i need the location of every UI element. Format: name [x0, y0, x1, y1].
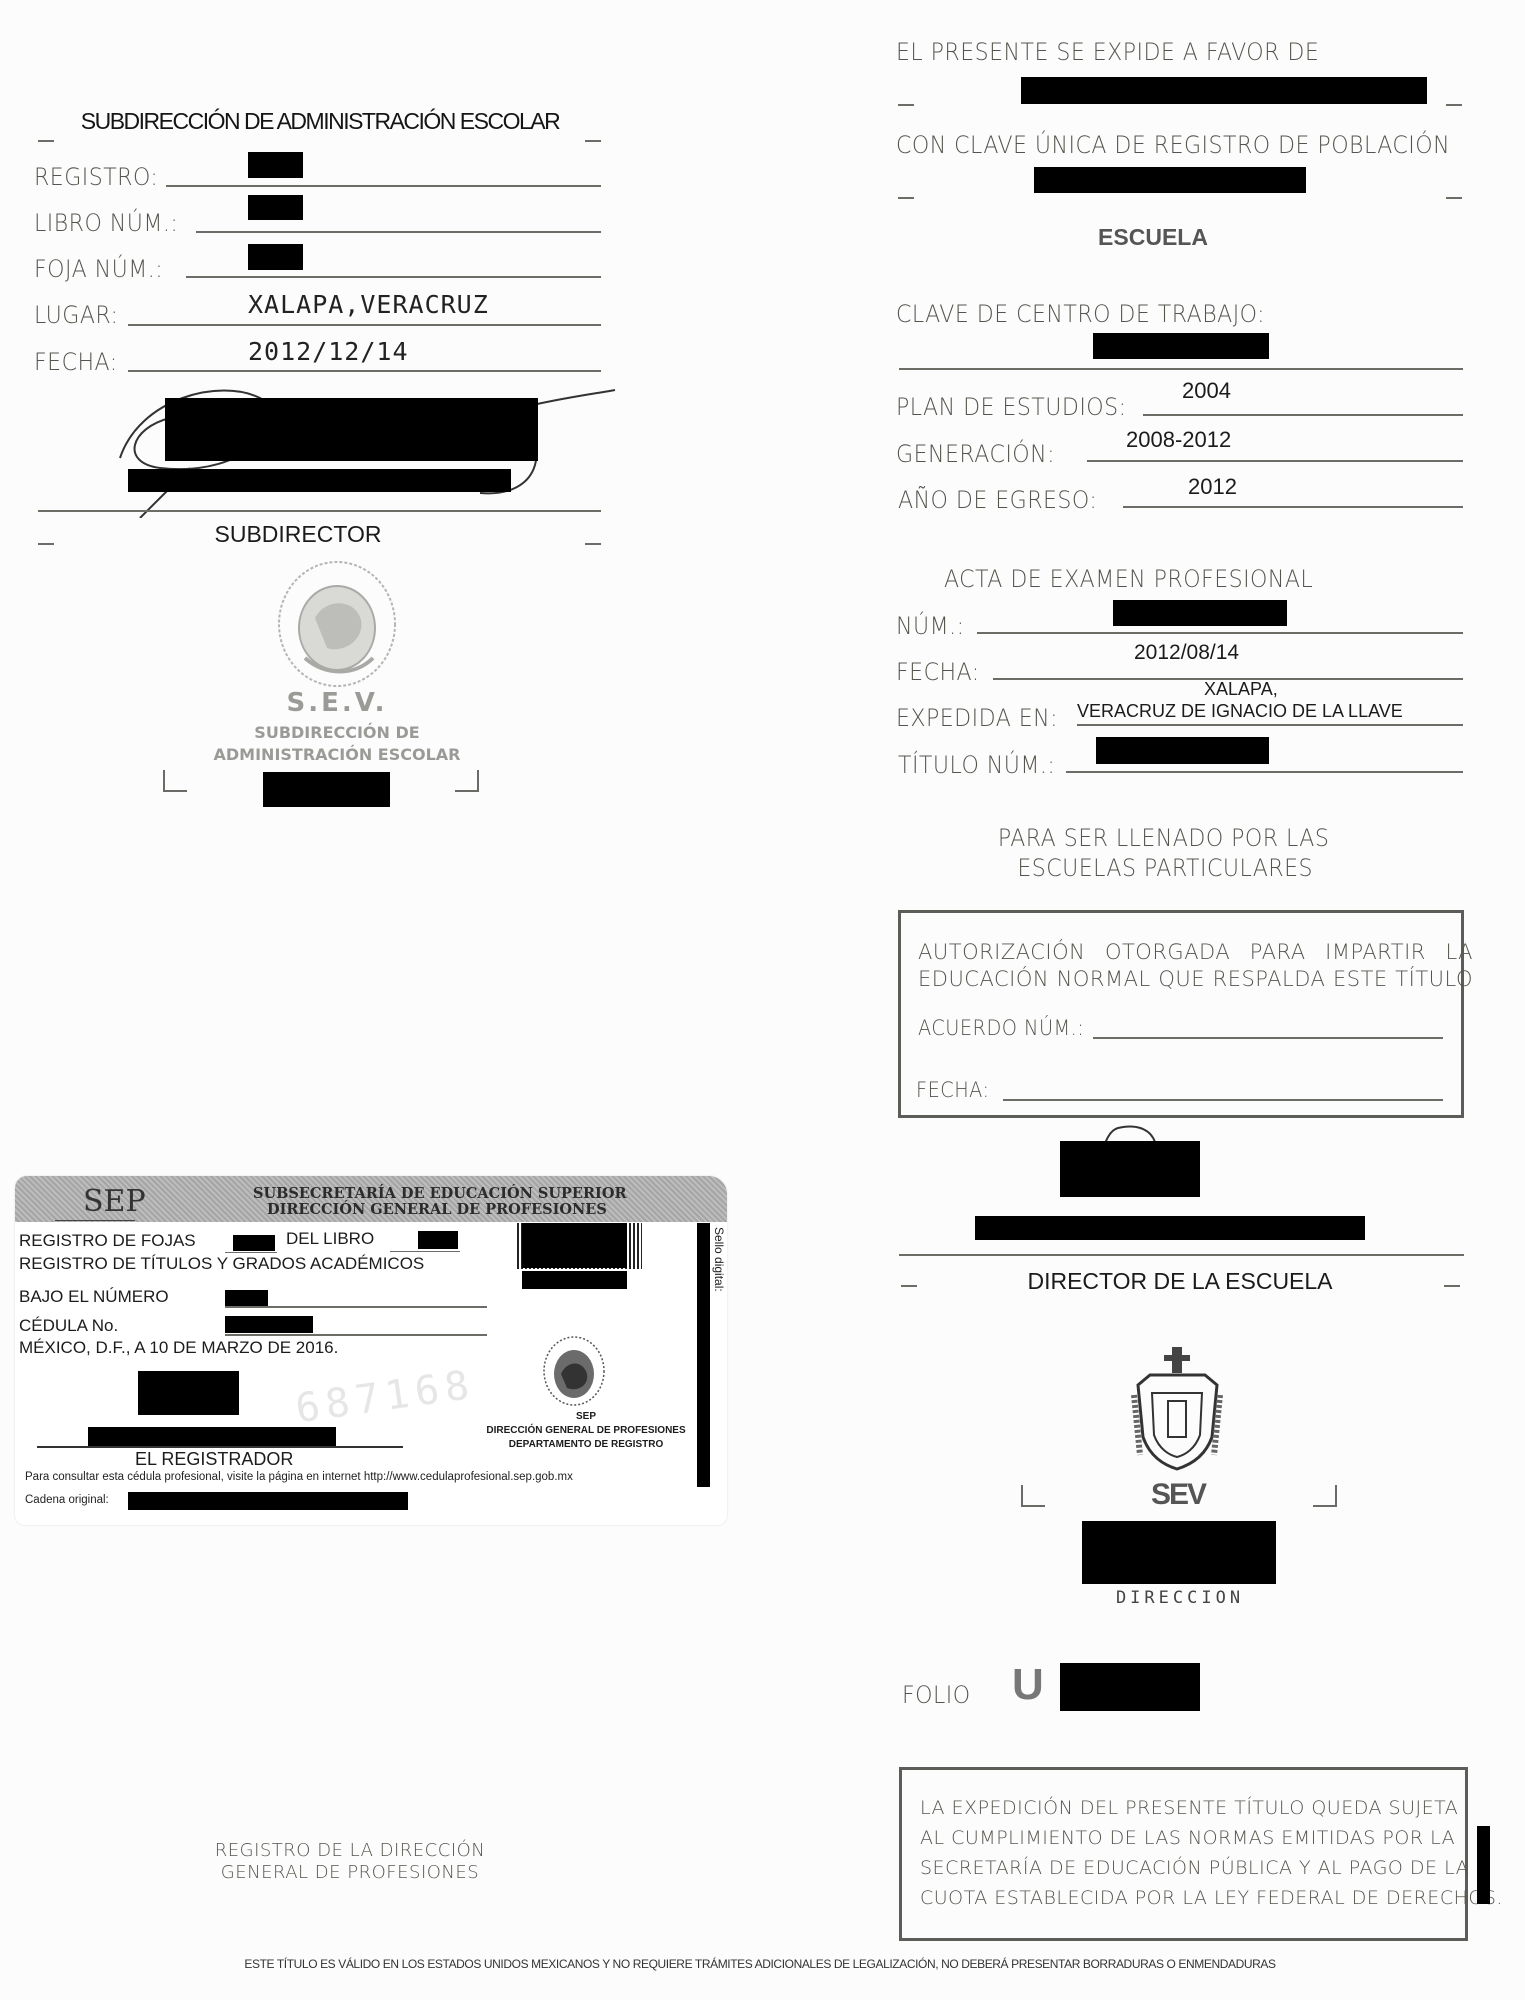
generacion-value: 2008-2012	[1126, 427, 1231, 453]
generacion-label: GENERACIÓN:	[896, 440, 1055, 468]
folio-label: FOLIO	[902, 1681, 971, 1709]
libro-line	[196, 231, 601, 233]
school-heading: ESCUELA	[1098, 224, 1208, 251]
libro-label: LIBRO NÚM.:	[34, 209, 178, 237]
dash-mark	[898, 104, 914, 106]
authorization-fecha-label: FECHA:	[916, 1078, 989, 1102]
foja-line	[186, 276, 601, 278]
sev-stamp-acronym-right: SEV	[1151, 1478, 1205, 1512]
mexican-coat-of-arms-seal-icon	[265, 558, 410, 690]
plan-line	[1143, 414, 1463, 416]
generacion-line	[1087, 460, 1463, 462]
libro-line-sep	[390, 1251, 460, 1252]
authorization-text-line2: EDUCACIÓN NORMAL QUE RESPALDA ESTE TÍTUL…	[918, 967, 1473, 991]
issued-to-label: EL PRESENTE SE EXPIDE A FAVOR DE	[896, 38, 1319, 66]
registrar-signature-redaction	[138, 1371, 239, 1415]
authorization-box: AUTORIZACIÓN OTORGADA PARA IMPARTIR LA E…	[898, 910, 1464, 1118]
expedida-label: EXPEDIDA EN:	[896, 704, 1058, 732]
margin-redaction	[1477, 1826, 1490, 1904]
seal-caption-dgp: DIRECCIÓN GENERAL DE PROFESIONES	[486, 1425, 685, 1436]
corner-mark	[163, 770, 187, 792]
dash-mark	[901, 1285, 917, 1287]
dash-mark	[585, 140, 601, 142]
sep-cedula-card: SEP SUBSECRETARÍA DE EDUCACIÓN SUPERIOR …	[15, 1176, 727, 1525]
titulo-line	[1066, 771, 1463, 773]
exam-fecha-label: FECHA:	[896, 658, 980, 686]
cedula-line	[225, 1334, 487, 1336]
sep-coat-of-arms-icon	[539, 1334, 609, 1409]
registro-titulos-text: REGISTRO DE TÍTULOS Y GRADOS ACADÉMICOS	[19, 1254, 424, 1274]
fojas-redaction	[233, 1235, 275, 1251]
dgp-registry-caption-line1: REGISTRO DE LA DIRECCIÓN	[215, 1840, 486, 1861]
libro-redaction-sep	[418, 1231, 458, 1249]
del-libro-label: DEL LIBRO	[286, 1229, 374, 1249]
sep-header-line2: DIRECCIÓN GENERAL DE PROFESIONES	[267, 1201, 607, 1218]
place-date: MÉXICO, D.F., A 10 DE MARZO DE 2016.	[19, 1338, 338, 1358]
fojas-line	[225, 1252, 277, 1253]
egreso-line	[1123, 506, 1463, 508]
cedula-redaction	[225, 1316, 313, 1333]
notice-line-3: SECRETARÍA DE EDUCACIÓN PÚBLICA Y AL PAG…	[920, 1857, 1447, 1879]
notice-line-2: AL CUMPLIMIENTO DE LAS NORMAS EMITIDAS P…	[920, 1827, 1447, 1849]
expedida-line	[1077, 724, 1463, 726]
registro-label: REGISTRO:	[34, 163, 158, 191]
egreso-value: 2012	[1188, 474, 1237, 500]
exam-num-label: NÚM.:	[896, 612, 964, 640]
private-schools-heading-line1: PARA SER LLENADO POR LAS	[998, 824, 1330, 852]
fecha-label: FECHA:	[34, 348, 118, 376]
bajo-numero-label: BAJO EL NÚMERO	[19, 1287, 169, 1307]
private-schools-heading-line2: ESCUELAS PARTICULARES	[1017, 854, 1313, 882]
bajo-numero-line	[225, 1306, 487, 1308]
sev-stamp-acronym: S.E.V.	[287, 688, 388, 718]
exam-heading: ACTA DE EXAMEN PROFESIONAL	[944, 565, 1313, 593]
barcode-number-redaction	[522, 1271, 627, 1289]
direccion-caption: DIRECCION	[1116, 1588, 1244, 1608]
barcode-redaction	[522, 1223, 627, 1268]
folio-prefix: U	[1012, 1660, 1044, 1710]
work-center-redaction	[1093, 333, 1269, 359]
veracruz-coat-of-arms-icon	[1130, 1345, 1225, 1473]
seal-caption-sep: SEP	[576, 1411, 596, 1422]
foja-redaction	[248, 244, 303, 270]
director-signature-line	[899, 1254, 1464, 1256]
registro-redaction	[248, 152, 303, 178]
cedula-label: CÉDULA No.	[19, 1316, 118, 1336]
subdirector-name-redaction	[128, 469, 511, 492]
subdirector-title: SUBDIRECTOR	[215, 521, 382, 548]
lugar-value: XALAPA,VERACRUZ	[248, 290, 489, 319]
lugar-label: LUGAR:	[34, 301, 118, 329]
sev-stamp-line2: ADMINISTRACIÓN ESCOLAR	[214, 745, 461, 764]
subdireccion-heading: SUBDIRECCIÓN DE ADMINISTRACIÓN ESCOLAR	[81, 108, 559, 135]
registrar-name-redaction	[88, 1427, 336, 1447]
dgp-registry-caption-line2: GENERAL DE PROFESIONES	[221, 1862, 479, 1883]
cadena-label: Cadena original:	[25, 1494, 109, 1506]
seal-caption-dept: DEPARTAMENTO DE REGISTRO	[509, 1439, 663, 1450]
dash-mark	[1446, 104, 1462, 106]
corner-mark	[455, 770, 479, 792]
plan-label: PLAN DE ESTUDIOS:	[896, 393, 1127, 421]
director-stamp-redaction	[1082, 1521, 1276, 1584]
titulo-label: TÍTULO NÚM.:	[898, 751, 1055, 779]
recipient-name-redaction	[1021, 77, 1427, 104]
acuerdo-label: ACUERDO NÚM.:	[918, 1016, 1084, 1040]
lugar-line	[128, 324, 601, 326]
watermark-number: 687168	[293, 1362, 478, 1433]
sello-digital-label: Sello digital:	[712, 1227, 726, 1292]
registrar-line	[37, 1446, 403, 1448]
dash-mark	[1444, 1285, 1460, 1287]
exam-num-redaction	[1113, 600, 1287, 626]
dash-mark	[585, 543, 601, 545]
registro-fojas-label: REGISTRO DE FOJAS	[19, 1231, 196, 1251]
notice-box: LA EXPEDICIÓN DEL PRESENTE TÍTULO QUEDA …	[899, 1767, 1468, 1941]
sep-logo-underline	[55, 1220, 135, 1221]
foja-label: FOJA NÚM.:	[34, 255, 163, 283]
work-center-label: CLAVE DE CENTRO DE TRABAJO:	[896, 300, 1265, 328]
exam-num-line	[977, 632, 1463, 634]
sep-logo: SEP	[83, 1184, 146, 1219]
registro-line	[166, 185, 601, 187]
fecha-line	[128, 370, 601, 372]
folio-number-redaction	[1060, 1663, 1200, 1711]
expedida-value-line1: XALAPA,	[1204, 679, 1278, 700]
dash-mark	[898, 197, 914, 199]
cadena-redaction	[128, 1492, 408, 1510]
consult-text: Para consultar esta cédula profesional, …	[25, 1471, 573, 1483]
titulo-redaction	[1096, 737, 1269, 764]
corner-mark	[1313, 1485, 1337, 1507]
director-title: DIRECTOR DE LA ESCUELA	[1027, 1268, 1332, 1295]
work-center-line	[899, 368, 1463, 370]
registrar-title: EL REGISTRADOR	[135, 1449, 293, 1470]
stamp-signature-redaction	[263, 772, 390, 807]
curp-label: CON CLAVE ÚNICA DE REGISTRO DE POBLACIÓN	[896, 131, 1450, 159]
authorization-text-line1: AUTORIZACIÓN OTORGADA PARA IMPARTIR LA	[918, 940, 1473, 964]
signature-redaction	[165, 398, 538, 461]
notice-line-4: CUOTA ESTABLECIDA POR LA LEY FEDERAL DE …	[920, 1887, 1447, 1909]
sev-stamp-line1: SUBDIRECCIÓN DE	[254, 723, 419, 742]
plan-value: 2004	[1182, 378, 1231, 404]
footer-notice: ESTE TÍTULO ES VÁLIDO EN LOS ESTADOS UNI…	[244, 1957, 1275, 1971]
director-name-redaction	[975, 1216, 1365, 1240]
egreso-label: AÑO DE EGRESO:	[898, 486, 1097, 514]
exam-fecha-value: 2012/08/14	[1134, 641, 1239, 665]
acuerdo-line	[1093, 1037, 1443, 1039]
bajo-numero-redaction	[225, 1290, 268, 1306]
curp-redaction	[1034, 167, 1306, 193]
signature-line	[38, 510, 601, 512]
corner-mark	[1021, 1485, 1045, 1507]
sello-digital-redaction	[697, 1223, 710, 1487]
dash-mark	[38, 543, 54, 545]
dash-mark	[1446, 197, 1462, 199]
libro-redaction	[248, 195, 303, 220]
authorization-fecha-line	[1003, 1099, 1443, 1101]
notice-line-1: LA EXPEDICIÓN DEL PRESENTE TÍTULO QUEDA …	[920, 1797, 1447, 1819]
sep-header-line1: SUBSECRETARÍA DE EDUCACIÓN SUPERIOR	[253, 1185, 627, 1202]
expedida-value-line2: VERACRUZ DE IGNACIO DE LA LLAVE	[1077, 701, 1403, 722]
dash-mark	[38, 140, 54, 142]
director-signature-redaction	[1060, 1141, 1200, 1197]
fecha-value: 2012/12/14	[248, 337, 409, 366]
